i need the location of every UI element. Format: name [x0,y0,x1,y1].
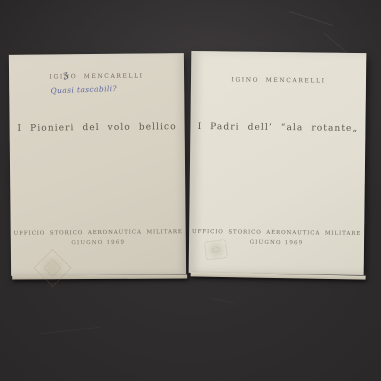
booklet-right: IGINO MENCARELLI I Padri dell’ “ala rota… [189,51,367,275]
photo-scene: ʒ IGINO MENCARELLI Quasi tascabili? I Pi… [0,0,381,381]
booklet-left-title: I Pionieri del volo bellico [10,122,185,134]
library-stamp-diamond [33,249,71,287]
surface-scratch [210,298,234,304]
surface-scratch [289,11,333,26]
booklet-left-cover: ʒ IGINO MENCARELLI Quasi tascabili? I Pi… [9,53,186,276]
booklet-left-date: GIUGNO 1969 [11,239,186,247]
booklet-right-cover: IGINO MENCARELLI I Padri dell’ “ala rota… [189,51,367,275]
booklet-left-publisher: UFFICIO STORICO AERONAUTICA MILITARE [11,229,186,237]
surface-scratch [40,327,100,334]
library-stamp-inner [43,259,61,277]
library-stamp-square [204,239,228,261]
library-stamp-inner [212,247,221,253]
booklet-right-title: I Padri dell’ “ala rotante„ [190,122,365,134]
booklet-right-publisher: UFFICIO STORICO AERONAUTICA MILITARE [189,229,364,237]
booklet-left: ʒ IGINO MENCARELLI Quasi tascabili? I Pi… [9,53,186,276]
booklet-right-author: IGINO MENCARELLI [191,76,366,85]
booklet-left-author: IGINO MENCARELLI [9,72,184,81]
handwritten-note: Quasi tascabili? [9,82,158,96]
surface-scratch [323,32,347,52]
